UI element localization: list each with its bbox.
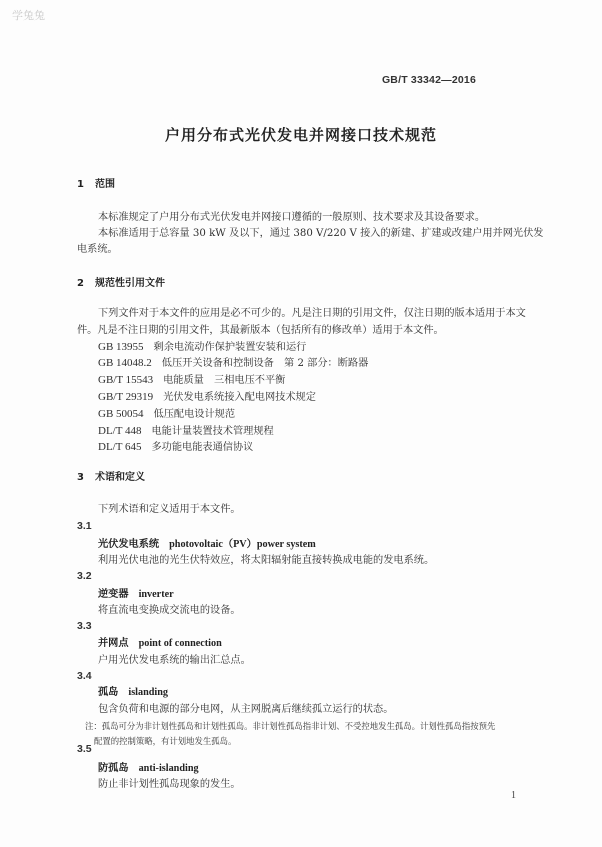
reference-item: GB/T 29319光伏发电系统接入配电网技术规定 [98,391,316,404]
paragraph: 件。凡是不注日期的引用文件，其最新版本（包括所有的修改单）适用于本文件。 [77,324,444,337]
term-entry: 光伏发电系统photovoltaic（PV）power system [98,538,316,551]
reference-item: DL/T 448电能计量装置技术管理规程 [98,425,274,438]
reference-code: GB/T 15543 [98,374,153,387]
paragraph: 电系统。 [77,243,118,256]
reference-code: GB 13955 [98,341,144,354]
term-entry: 并网点point of connection [98,637,222,650]
term-definition: 防止非计划性孤岛现象的发生。 [98,778,241,791]
clause-number: 3.3 [77,620,92,633]
term-definition: 包含负荷和电源的部分电网，从主网脱离后继续孤立运行的状态。 [98,703,393,716]
section-title: 范围 [95,179,115,190]
reference-item: GB/T 15543电能质量 三相电压不平衡 [98,374,285,387]
reference-title: 剩余电流动作保护装置安装和运行 [154,342,307,353]
paragraph: 本标准规定了户用分布式光伏发电并网接口遵循的一般原则、技术要求及其设备要求。 [98,211,485,224]
section-1-heading: 1范围 [77,178,115,191]
clause-number: 3.4 [77,670,92,683]
reference-code: GB/T 29319 [98,391,153,404]
paragraph: 下列术语和定义适用于本文件。 [98,503,241,516]
reference-item: GB 14048.2低压开关设备和控制设备 第 2 部分：断路器 [98,357,368,370]
section-title: 术语和定义 [95,472,145,483]
reference-code: GB 14048.2 [98,357,152,370]
reference-title: 低压开关设备和控制设备 第 2 部分：断路器 [162,358,369,369]
section-3-heading: 3术语和定义 [77,471,145,484]
term-entry: 防孤岛anti-islanding [98,762,199,775]
term-entry: 孤岛islanding [98,686,168,699]
section-number: 2 [77,277,95,290]
section-number: 3 [77,471,95,484]
clause-number: 3.5 [77,743,92,756]
reference-title: 电能质量 三相电压不平衡 [163,375,285,386]
reference-title: 多功能电能表通信协议 [152,442,254,453]
term-en: inverter [139,589,174,600]
reference-item: GB 50054低压配电设计规范 [98,408,235,421]
term-zh: 逆变器 [98,588,129,600]
term-zh: 孤岛 [98,686,118,698]
term-definition: 将直流电变换成交流电的设备。 [98,604,241,617]
term-zh: 防孤岛 [98,762,129,774]
clause-number: 3.2 [77,570,92,583]
term-en: anti-islanding [139,763,199,774]
term-zh: 光伏发电系统 [98,538,159,550]
term-note: 注：孤岛可分为非计划性孤岛和计划性孤岛。非计划性孤岛指非计划、不受控地发生孤岛。… [85,720,495,733]
term-entry: 逆变器inverter [98,588,174,601]
reference-item: GB 13955剩余电流动作保护装置安装和运行 [98,341,306,354]
document-title: 户用分布式光伏发电并网接口技术规范 [0,124,602,145]
reference-title: 低压配电设计规范 [154,409,236,420]
term-definition: 户用光伏发电系统的输出汇总点。 [98,654,251,667]
term-en: point of connection [139,638,222,649]
term-en: islanding [128,687,168,698]
paragraph: 本标准适用于总容量 30 kW 及以下，通过 380 V/220 V 接入的新建… [98,227,544,240]
page-number: 1 [511,790,516,801]
term-note-continuation: 配置的控制策略，有计划地发生孤岛。 [94,735,236,748]
reference-code: DL/T 448 [98,425,142,438]
term-definition: 利用光伏电池的光生伏特效应，将太阳辐射能直接转换成电能的发电系统。 [98,554,434,567]
paragraph: 下列文件对于本文件的应用是必不可少的。凡是注日期的引用文件，仅注日期的版本适用于… [98,307,526,320]
reference-title: 光伏发电系统接入配电网技术规定 [163,392,316,403]
reference-code: DL/T 645 [98,441,142,454]
reference-item: DL/T 645多功能电能表通信协议 [98,441,253,454]
term-zh: 并网点 [98,637,129,649]
section-number: 1 [77,178,95,191]
watermark: 学兔兔 [12,7,45,23]
reference-code: GB 50054 [98,408,144,421]
standard-number: GB/T 33342—2016 [382,74,476,86]
clause-number: 3.1 [77,520,92,533]
section-2-heading: 2规范性引用文件 [77,277,165,290]
reference-title: 电能计量装置技术管理规程 [152,426,274,437]
term-en: photovoltaic（PV）power system [169,539,316,550]
section-title: 规范性引用文件 [95,278,165,289]
